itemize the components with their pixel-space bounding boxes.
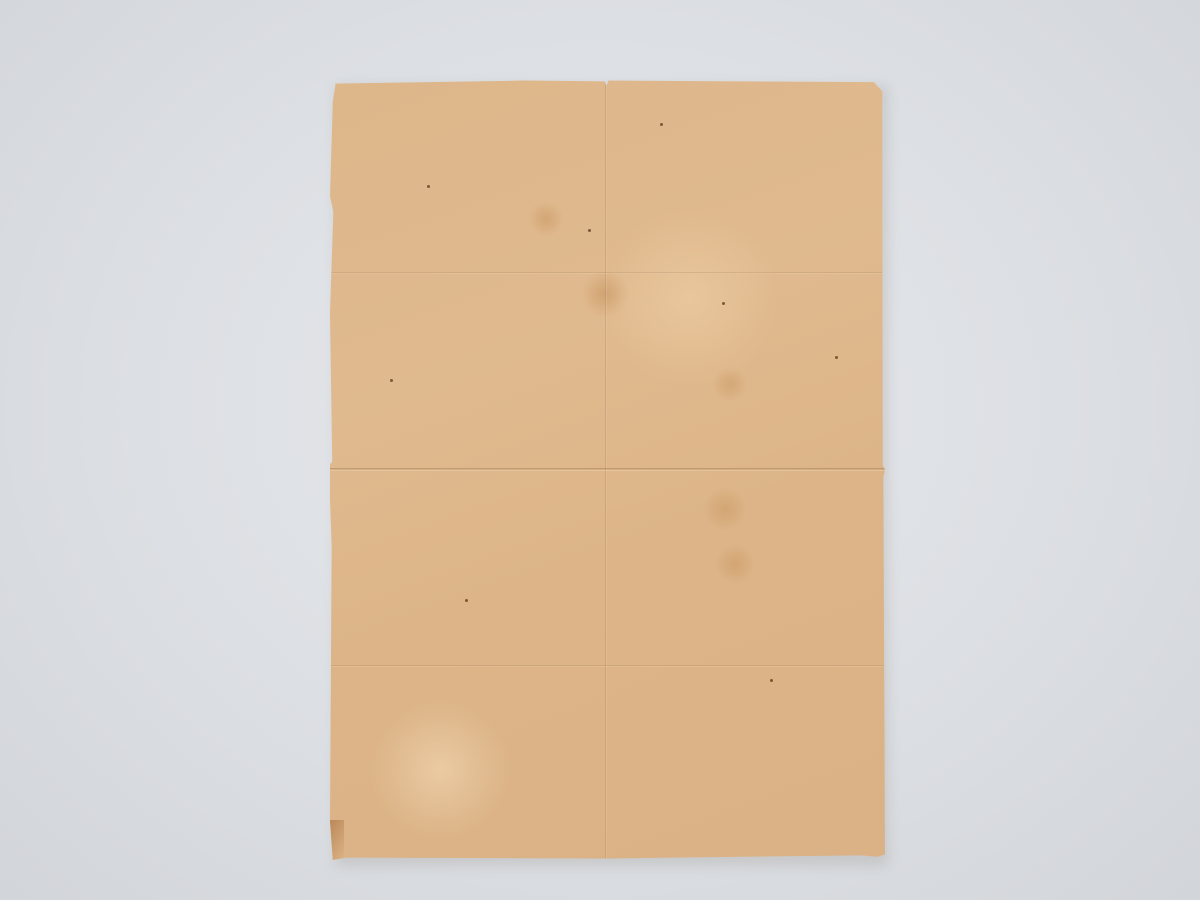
paper-speck xyxy=(660,123,663,126)
paper-speck xyxy=(390,379,393,382)
paper-speck xyxy=(588,229,591,232)
paper-speck xyxy=(835,356,838,359)
upper-horizontal-fold-line xyxy=(330,272,885,274)
paper-speck xyxy=(770,679,773,682)
paper-speck xyxy=(427,185,430,188)
lower-horizontal-fold-line xyxy=(330,665,885,667)
bottom-left-corner-crease xyxy=(330,820,344,860)
center-horizontal-fold-line xyxy=(330,468,885,471)
aged-paper-sheet xyxy=(330,79,885,860)
photo-backdrop xyxy=(0,0,1200,900)
paper-speck xyxy=(722,302,725,305)
paper-speck xyxy=(465,599,468,602)
